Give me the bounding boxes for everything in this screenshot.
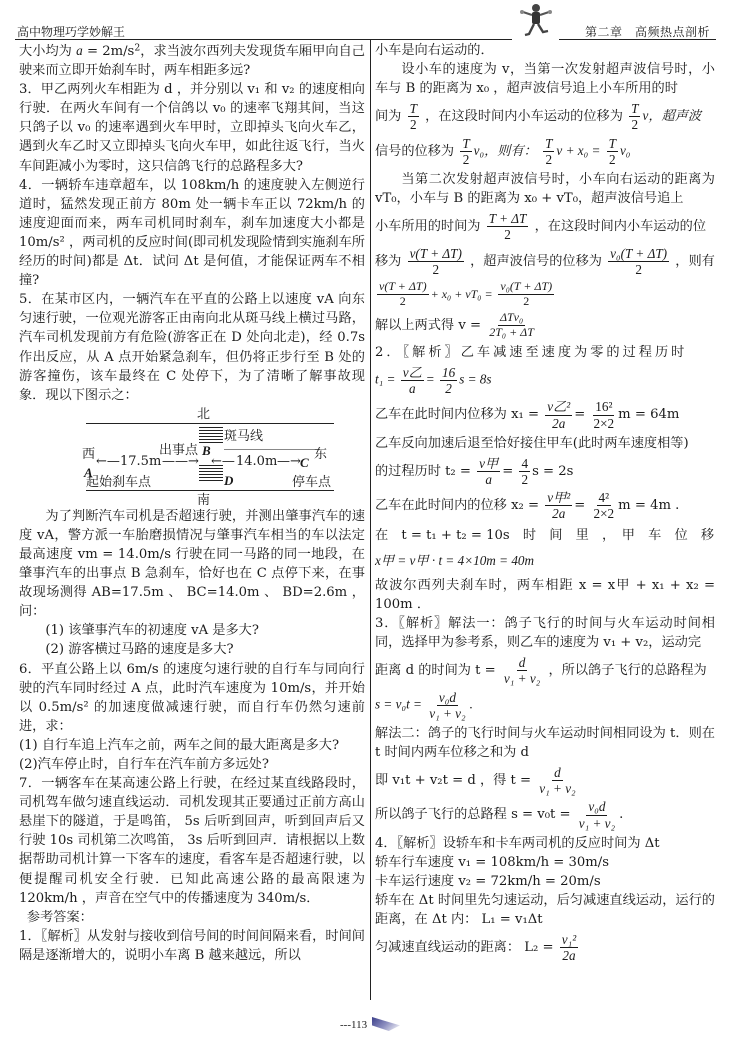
question-4: 4．一辆轿车违章超车，以 108km/h 的速度驶入左侧逆行道时，猛然发现正前方… <box>19 176 365 291</box>
answer-4-l2: 匀减速直线运动的距离： L₂ = v₁²2a <box>375 932 715 963</box>
fraction-t-over-2: T2 <box>408 101 419 132</box>
east-label: 东 <box>314 445 327 464</box>
fraction-result-v: ΔTv₀2T₀ + ΔT <box>487 311 536 340</box>
answer-1-continued: 小车是向右运动的． <box>375 41 715 60</box>
zebra-crossing-bottom <box>199 465 223 483</box>
answers-heading: 参考答案： <box>19 908 365 927</box>
answer-1-equation-2: v(T + ΔT)2+ x₀ + vT₀ = v₀(T + ΔT)2 <box>375 280 715 309</box>
answer-2-x-jia: x甲 = v甲 · t = 4×10m = 40m <box>375 551 715 570</box>
answer-3-method-2-eq: 即 v₁t + v₂t = d ，得 t = dv₁ + v₂ <box>375 765 715 796</box>
answer-3-method-2: 解法二：鸽子的飞行时间与火车运动时间相同设为 t．则在 t 时间内两车位移之和为… <box>375 724 715 762</box>
answer-3-distance: s = v₀t = v₀dv₁ + v₂. <box>375 690 715 721</box>
answer-2-t1: t₁ = v乙a= 162s = 8s <box>375 365 715 396</box>
arrow-ab-right: ——→ <box>162 452 199 471</box>
fraction-t-over-2: T2 <box>543 136 554 167</box>
answer-4-description: 轿车在 Δt 时间里先匀速运动，后匀减速直线运动，运行的距离，在 Δt 内： L… <box>375 891 715 929</box>
question-5-continued: 为了判断汽车司机是否超速行驶，并测出肇事汽车的速度 vA，警方派一车胎磨损情况与… <box>19 507 365 622</box>
north-label: 北 <box>197 405 210 424</box>
answer-3-method-2-distance: 所以鸽子飞行的总路程 s = v₀t = v₀dv₁ + v₂. <box>375 799 715 830</box>
question-5-sub-1: (1) 该肇事汽车的初速度 vA 是多大? <box>19 621 365 640</box>
point-b-label: B <box>202 441 211 460</box>
answer-1-para-2: 设小车的速度为 v，当第一次发射超声波信号时，小车与 B 的距离为 x₀ ，超声… <box>375 60 715 98</box>
fraction-v0-t-dt-over-2: v₀(T + ΔT)2 <box>608 246 669 277</box>
page-number: ---113 <box>340 1019 367 1031</box>
answer-2-reverse: 乙车反向加速后退至恰好接住甲车(此时两车速度相等) <box>375 434 715 453</box>
chapter-title: 第二章 高频热点剖析 <box>585 23 710 40</box>
fraction-v-t-dt-over-2: v(T + ΔT)2 <box>377 280 429 309</box>
accident-diagram: 北 斑马线 西 出事点 B ←— 17.5m ——→ ←— 14.0m —→ C… <box>74 405 344 505</box>
book-title: 高中物理巧学妙解王 <box>17 23 125 40</box>
running-boy-mascot-icon <box>515 2 557 42</box>
question-6: 6．平直公路上以 6m/s 的速度匀速行驶的自行车与同向行驶的汽车同时经过 A … <box>19 660 365 736</box>
question-2-tail: 大小均为 a = 2m/s2，求当波尔西列夫发现货车厢甲向自己驶来而立即开始刹车… <box>19 41 365 80</box>
answer-1-equation-1: 信号的位移为 T2v₀，则有： T2v + x₀ = T2v₀ <box>375 136 715 167</box>
answer-2-t2: 的过程历时 t₂ = v甲a= 42s = 2s <box>375 456 715 487</box>
header-rule-center <box>364 39 512 40</box>
south-label: 南 <box>197 491 210 510</box>
answer-3-heading: 3．〖解析〗解法一：鸽子飞行的时间与火车运动时间相同，选择甲为参考系，则乙车的速… <box>375 614 715 652</box>
answer-2-total-time: 在 t = t₁ + t₂ = 10s 时 间 里 ， 甲 车 位 移 <box>375 526 715 545</box>
fraction-t-plus-dt-over-2: T + ΔT2 <box>487 211 529 242</box>
question-6-sub-1: (1) 自行车追上汽车之前，两车之间的最大距离是多大? <box>19 736 365 755</box>
left-column: 大小均为 a = 2m/s2，求当波尔西列夫发现货车厢甲向自己驶来而立即开始刹车… <box>19 41 365 965</box>
answer-4-v1: 轿车行车速度 v₁ = 108km/h = 30m/s <box>375 853 715 872</box>
answer-1-line-displacement: 移为 v(T + ΔT)2 ，超声波信号的位移为 v₀(T + ΔT)2 ，则有 <box>375 246 715 277</box>
answer-1: 1．〖解析〗从发射与接收到信号间的时间间隔来看，时间间隔是逐渐增大的，说明小车离… <box>19 927 365 965</box>
question-5: 5．在某市区内，一辆汽车在平直的公路上以速度 vA 向东匀速行驶，一位观光游客正… <box>19 290 365 405</box>
right-column: 小车是向右运动的． 设小车的速度为 v，当第一次发射超声波信号时，小车与 B 的… <box>375 41 715 967</box>
answer-4-v2: 卡车运行速度 v₂ = 72km/h = 20m/s <box>375 872 715 891</box>
arrow-ab: ←— <box>96 452 120 471</box>
fraction-v0-t-dt-over-2: v₀(T + ΔT)2 <box>498 280 554 309</box>
answer-3-time: 距离 d 的时间为 t = dv₁ + v₂ ，所以鸽子飞行的总路程为 <box>375 655 715 686</box>
answer-1-line-second-time: 小车所用的时间为 T + ΔT2 ，在这段时间内小车运动的位 <box>375 211 715 242</box>
question-5-sub-2: (2) 游客横过马路的速度是多大? <box>19 640 365 659</box>
fraction-t-over-2: T2 <box>607 136 618 167</box>
column-divider <box>370 40 371 1000</box>
point-d-label: D <box>224 471 233 490</box>
west-label: 西 <box>82 445 95 464</box>
answer-2-x2: 乙车在此时间内的位移 x₂ = v甲²2a= 4²2×2m = 4m . <box>375 490 715 521</box>
answer-2-final: 故波尔西列夫刹车时，两车相距 x = x甲 + x₁ + x₂ = 100m ． <box>375 576 715 614</box>
page-corner-decoration-icon <box>372 1017 400 1031</box>
point-c-label: C <box>300 453 309 472</box>
fraction-v-t-dt-over-2: v(T + ΔT)2 <box>408 246 464 277</box>
road-centerline <box>224 449 320 450</box>
road-north-edge <box>86 423 334 424</box>
arrow-bc-right: —→ <box>277 452 301 471</box>
fraction-t-over-2: T2 <box>629 101 640 132</box>
answer-1-line-half-time: 间为 T2 ，在这段时间内小车运动的位移为 T2v，超声波 <box>375 101 715 132</box>
question-7: 7．一辆客车在某高速公路上行驶，在经过某直线路段时，司机驾车做匀速直线运动．司机… <box>19 774 365 908</box>
zebra-label: 斑马线 <box>224 427 263 446</box>
answer-4-heading: 4．〖解析〗设轿车和卡车两司机的反应时间为 Δt <box>375 834 715 853</box>
question-6-sub-2: (2)汽车停止时，自行车在汽车前方多远处? <box>19 755 365 774</box>
fraction-t-over-2: T2 <box>460 136 471 167</box>
answer-2-x1: 乙车在此时间内位移为 x₁ = v乙²2a= 16²2×2m = 64m <box>375 399 715 430</box>
distance-ab: 17.5m <box>120 452 161 471</box>
answer-1-result: 解以上两式得 v = ΔTv₀2T₀ + ΔT <box>375 311 715 340</box>
answer-2-heading: 2．〖解析〗乙车减速至速度为零的过程历时 <box>375 343 715 362</box>
answer-1-para-3: 当第二次发射超声波信号时，小车向右运动的距离为 vT₀，小车与 B 的距离为 x… <box>375 170 715 208</box>
distance-bc: 14.0m <box>236 452 277 471</box>
page-header: 高中物理巧学妙解王 第二章 高频热点剖析 <box>0 0 745 42</box>
question-3: 3．甲乙两列火车相距为 d ，并分别以 v₁ 和 v₂ 的速度相向行驶．在两火车… <box>19 80 365 175</box>
header-rule-left <box>15 39 364 40</box>
